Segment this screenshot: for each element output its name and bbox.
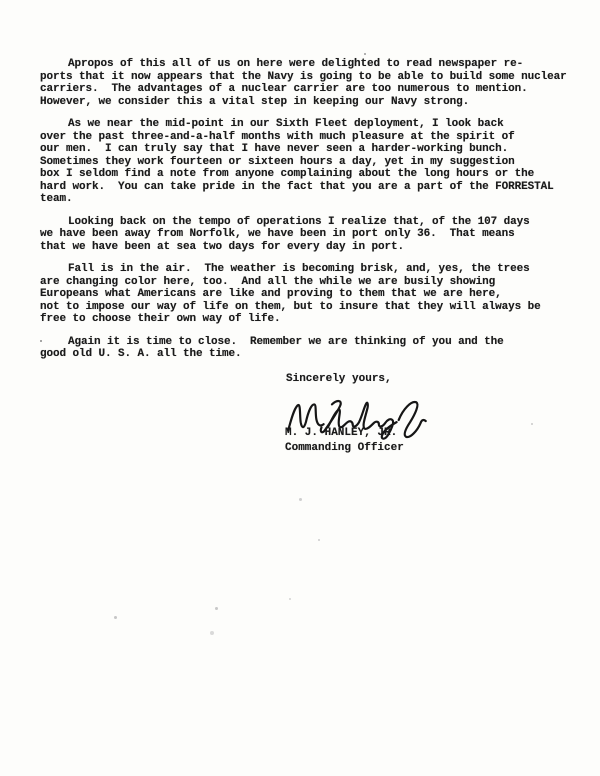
letter-line: box I seldom find a note from anyone com… [40,168,588,181]
paragraph: Fall is in the air. The weather is becom… [40,263,588,326]
scan-speckle [210,631,214,635]
scan-speckle [40,340,42,342]
letter-line: our men. I can truly say that I have nev… [40,143,588,156]
letter-line: Again it is time to close. Remember we a… [40,336,588,349]
letter-line: not to impose our way of life on them, b… [40,301,588,314]
letter-line: Fall is in the air. The weather is becom… [40,263,588,276]
letter-line: over the past three-and-a-half months wi… [40,131,588,144]
paragraph: Looking back on the tempo of operations … [40,216,588,254]
letter-page: Apropos of this all of us on here were d… [0,0,600,776]
letter-line: hard work. You can take pride in the fac… [40,181,588,194]
letter-line: Apropos of this all of us on here were d… [40,58,588,71]
letter-line: Sometimes they work fourteen or sixteen … [40,156,588,169]
scan-speckle [531,423,533,425]
letter-line: free to choose their own way of life. [40,313,588,326]
scan-speckle [299,498,302,501]
signature-stroke-jr [399,402,426,437]
letter-line: that we have been at sea two days for ev… [40,241,588,254]
scan-speckle [114,616,117,619]
letter-line: carriers. The advantages of a nuclear ca… [40,83,588,96]
scan-speckle [215,607,218,610]
signature-name: M. J. HANLEY, JR. [285,427,397,440]
letter-line: good old U. S. A. all the time. [40,348,588,361]
letter-line: team. [40,193,588,206]
paragraph: Apropos of this all of us on here were d… [40,58,588,108]
closing-line: Sincerely yours, [286,373,392,386]
letter-line: However, we consider this a vital step i… [40,96,588,109]
letter-line: Europeans what Americans are like and pr… [40,288,588,301]
scan-speckle [318,539,320,541]
scan-speckle [289,598,291,600]
letter-line: we have been away from Norfolk, we have … [40,228,588,241]
scan-speckle [364,53,366,55]
signature-title: Commanding Officer [285,442,404,455]
letter-line: ports that it now appears that the Navy … [40,71,588,84]
letter-line: are changing color here, too. And all th… [40,276,588,289]
paragraph: As we near the mid-point in our Sixth Fl… [40,118,588,206]
letter-line: Looking back on the tempo of operations … [40,216,588,229]
letter-body: Apropos of this all of us on here were d… [40,58,588,371]
letter-line: As we near the mid-point in our Sixth Fl… [40,118,588,131]
paragraph: Again it is time to close. Remember we a… [40,336,588,361]
